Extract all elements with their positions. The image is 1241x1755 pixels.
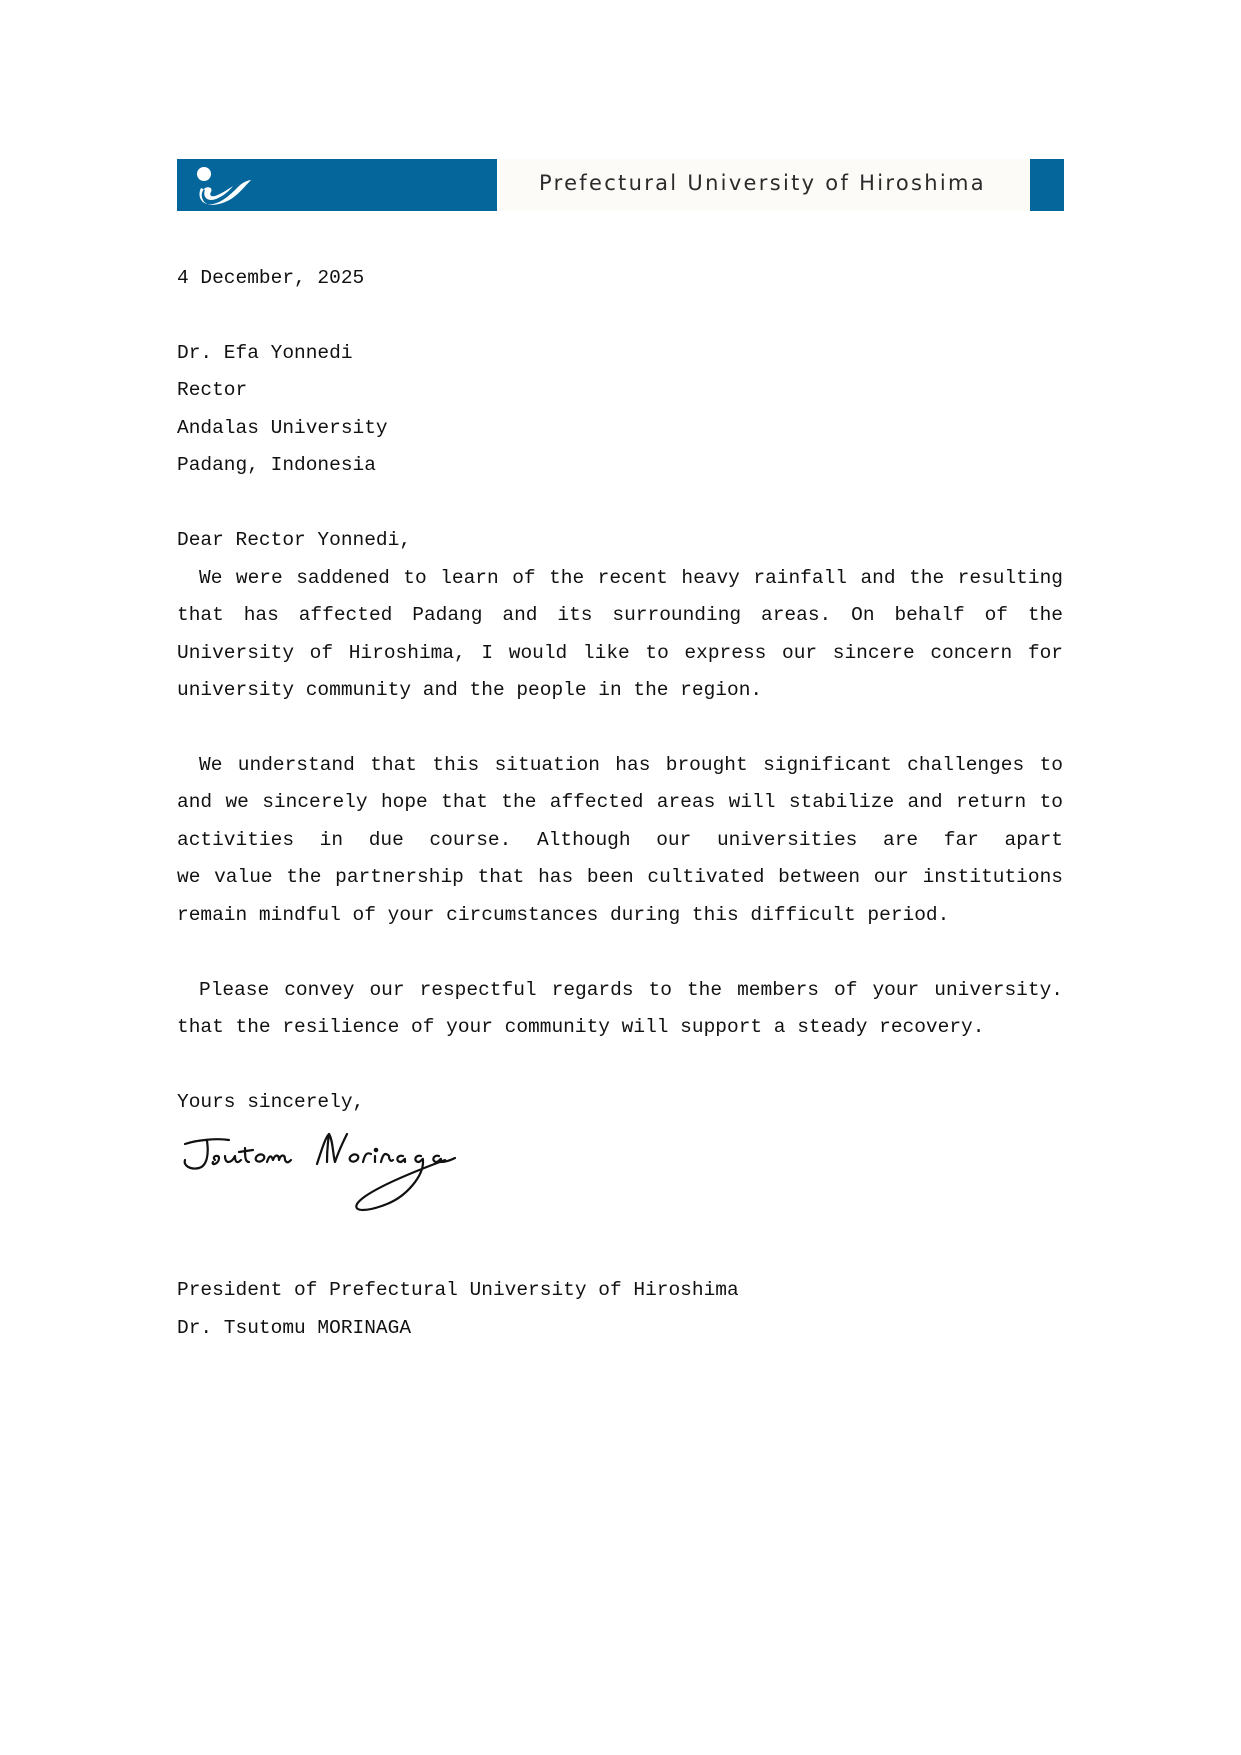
recipient-title: Rector [177, 378, 247, 402]
salutation: Dear Rector Yonnedi, [177, 528, 411, 552]
recipient-name: Dr. Efa Yonnedi [177, 341, 353, 365]
paragraph-3-line: that the resilience of your community wi… [177, 1015, 984, 1039]
university-emblem-icon [193, 164, 253, 208]
signatory-position: President of Prefectural University of H… [177, 1278, 739, 1302]
signature-icon [177, 1126, 517, 1226]
paragraph-1-line: university community and the people in t… [177, 678, 762, 702]
letterhead-accent-bar [1030, 159, 1064, 211]
paragraph-2-line: We understand that this situation has br… [177, 753, 1063, 777]
paragraph-1-line: We were saddened to learn of the recent … [177, 566, 1063, 590]
letter-date: 4 December, 2025 [177, 266, 364, 290]
paragraph-2-line: remain mindful of your circumstances dur… [177, 903, 949, 927]
recipient-location: Padang, Indonesia [177, 453, 376, 477]
letterhead-logo-block [177, 159, 497, 211]
paragraph-2-line: and we sincerely hope that the affected … [177, 790, 1063, 814]
paragraph-3-line: Please convey our respectful regards to … [177, 978, 1063, 1002]
paragraph-1-line: University of Hiroshima, I would like to… [177, 641, 1063, 665]
paragraph-1-line: that has affected Padang and its surroun… [177, 603, 1063, 627]
letterhead-title-area: Prefectural University of Hiroshima [499, 159, 1030, 211]
closing: Yours sincerely, [177, 1090, 364, 1114]
signatory-name: Dr. Tsutomu MORINAGA [177, 1316, 411, 1340]
paragraph-2-line: activities in due course. Although our u… [177, 828, 1063, 852]
paragraph-2-line: we value the partnership that has been c… [177, 865, 1063, 889]
letterhead: Prefectural University of Hiroshima [177, 159, 1064, 211]
recipient-institution: Andalas University [177, 416, 388, 440]
letterhead-title: Prefectural University of Hiroshima [539, 171, 986, 195]
